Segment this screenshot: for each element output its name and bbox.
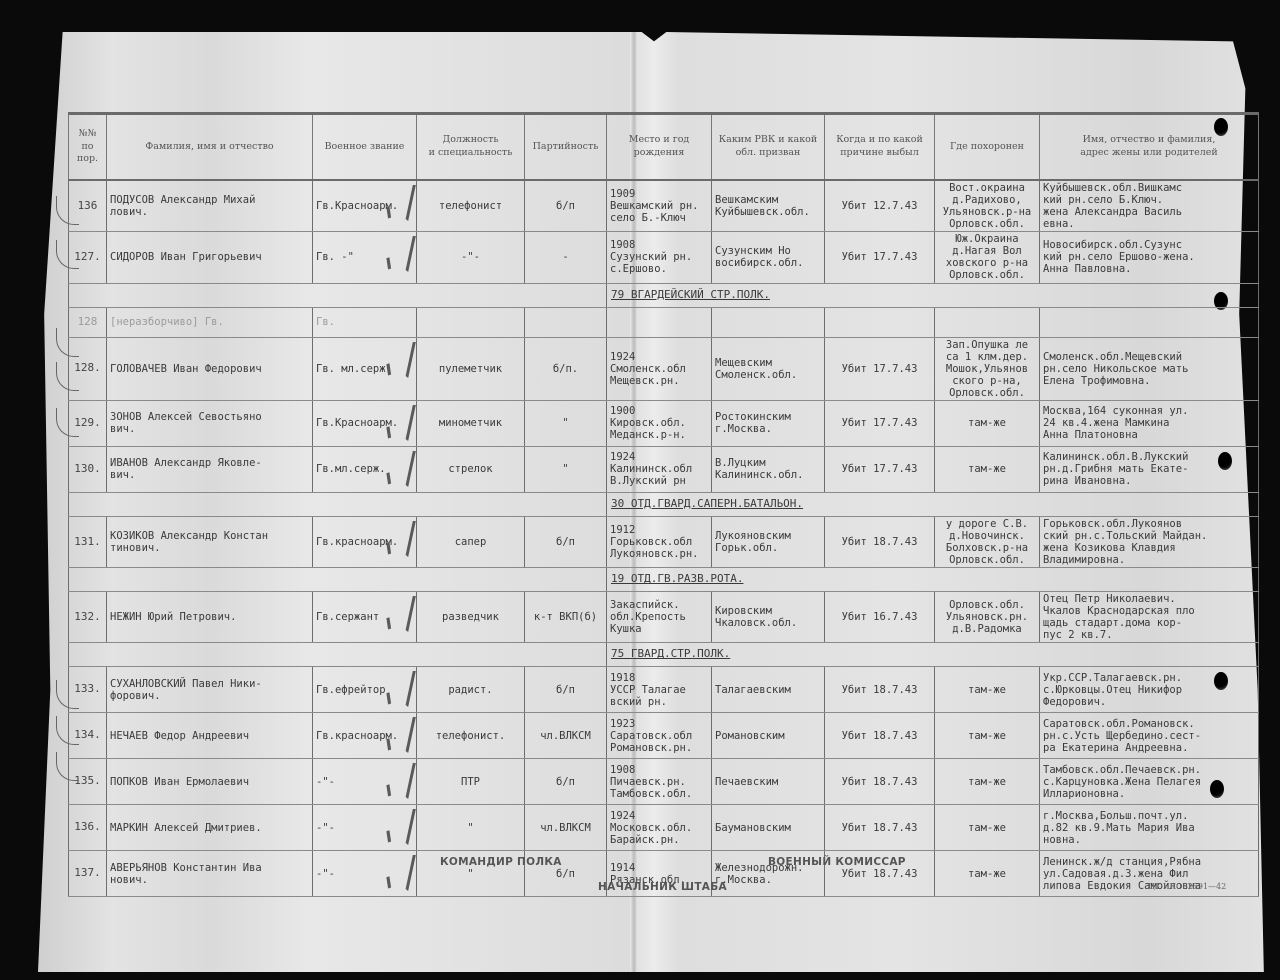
pencil-checkmark-icon: [387, 596, 416, 632]
cell-party: чл.ВЛКСМ: [525, 805, 607, 851]
column-header-party: Партийность: [525, 114, 607, 181]
cell-relatives: Горьковск.обл.Лукоянов ский рн.с.Тольски…: [1040, 516, 1259, 567]
cell-name: ПОПКОВ Иван Ермолаевич: [107, 759, 313, 805]
pencil-checkmark-icon: [387, 521, 416, 557]
cell-rank: Гв.Красноарм.: [313, 400, 417, 446]
cell-rvk: Лукояновским Горьк.обл.: [712, 516, 825, 567]
cell-rank: -"-: [313, 851, 417, 897]
cell-position: пулеметчик: [417, 337, 525, 400]
cell-num: 136.: [69, 805, 107, 851]
cell-party: б/п: [525, 667, 607, 713]
cell-rank: Гв.ефрейтор: [313, 667, 417, 713]
cell-num: 130.: [69, 446, 107, 492]
cell-when: Убит 17.7.43: [825, 337, 935, 400]
cell-birth: 1912 Горьковск.обл Лукояновск.рн.: [607, 516, 712, 567]
cell-name: СИДОРОВ Иван Григорьевич: [107, 232, 313, 283]
table-row: 131.КОЗИКОВ Александр Констан тинович.Гв…: [69, 516, 1259, 567]
cell-birth: 1909 Вешкамский рн. село Б.-Ключ: [607, 180, 712, 232]
form-code: ЦТ НКО. 2591—42: [1148, 882, 1226, 891]
cell-name: ПОДУСОВ Александр Михай лович.: [107, 180, 313, 232]
cell-position: стрелок: [417, 446, 525, 492]
cell-name: НЕЧАЕВ Федор Андреевич: [107, 713, 313, 759]
unit-section-row: 30 ОТД.ГВАРД.САПЕРН.БАТАЛЬОН.: [69, 492, 1259, 516]
cell-rvk: Баумановским: [712, 805, 825, 851]
table-row: 128.ГОЛОВАЧЕВ Иван ФедоровичГв. мл.серж.…: [69, 337, 1259, 400]
cell-rank: Гв.: [313, 307, 417, 337]
section-spacer: [69, 283, 607, 307]
cell-buried: там-же: [935, 851, 1040, 897]
cell-when: Убит 18.7.43: [825, 805, 935, 851]
cell-rank: Гв.мл.серж.: [313, 446, 417, 492]
cell-name: АВЕРЬЯНОВ Константин Ива нович.: [107, 851, 313, 897]
cell-rvk: Талагаевским: [712, 667, 825, 713]
cell-birth: Закаспийск. обл.Крепость Кушка: [607, 592, 712, 643]
cell-rvk: [712, 307, 825, 337]
table-row: 132.НЕЖИН Юрий Петрович.Гв.сержантразвед…: [69, 592, 1259, 643]
pencil-checkmark-icon: [387, 717, 416, 753]
table-row: 130.ИВАНОВ Александр Яковле- вич.Гв.мл.с…: [69, 446, 1259, 492]
cell-name: МАРКИН Алексей Дмитриев.: [107, 805, 313, 851]
pencil-checkmark-icon: [387, 451, 416, 487]
cell-when: [825, 307, 935, 337]
unit-section-row: 79 ВГАРДЕЙСКИЙ СТР.ПОЛК.: [69, 283, 1259, 307]
cell-buried: там-же: [935, 400, 1040, 446]
cell-position: минометчик: [417, 400, 525, 446]
cell-position: ": [417, 805, 525, 851]
cell-birth: 1924 Калининск.обл В.Лукский рн: [607, 446, 712, 492]
cell-buried: там-же: [935, 446, 1040, 492]
cell-buried: у дороге С.В. д.Новочинск. Болховск.р-на…: [935, 516, 1040, 567]
unit-heading: 75 ГВАРД.СТР.ПОЛК.: [607, 643, 1259, 667]
cell-birth: 1918 УССР Талагае вский рн.: [607, 667, 712, 713]
cell-position: сапер: [417, 516, 525, 567]
signature-chief-of-staff-label: НАЧАЛЬНИК ШТАБА: [598, 881, 727, 893]
cell-buried: [935, 307, 1040, 337]
unit-heading: 79 ВГАРДЕЙСКИЙ СТР.ПОЛК.: [607, 283, 1259, 307]
section-spacer: [69, 492, 607, 516]
table-row: 136ПОДУСОВ Александр Михай лович.Гв.Крас…: [69, 180, 1259, 232]
cell-when: Убит 12.7.43: [825, 180, 935, 232]
cell-position: ПТР: [417, 759, 525, 805]
pencil-checkmark-icon: [387, 809, 416, 845]
cell-name: ГОЛОВАЧЕВ Иван Федорович: [107, 337, 313, 400]
cell-relatives: Смоленск.обл.Мещевский рн.село Никольско…: [1040, 337, 1259, 400]
cell-when: Убит 18.7.43: [825, 516, 935, 567]
pencil-checkmark-icon: [387, 855, 416, 891]
cell-relatives: Новосибирск.обл.Сузунс кий рн.село Ершов…: [1040, 232, 1259, 283]
table-row: 135.ПОПКОВ Иван Ермолаевич-"-ПТРб/п1908 …: [69, 759, 1259, 805]
cell-relatives: Отец Петр Николаевич. Чкалов Краснодарск…: [1040, 592, 1259, 643]
cell-name: ИВАНОВ Александр Яковле- вич.: [107, 446, 313, 492]
table-row: 129.ЗОНОВ Алексей Севостьяно вич.Гв.Крас…: [69, 400, 1259, 446]
pencil-checkmark-icon: [387, 185, 416, 221]
cell-birth: 1900 Кировск.обл. Меданск.р-н.: [607, 400, 712, 446]
cell-when: Убит 17.7.43: [825, 232, 935, 283]
cell-position: телефонист.: [417, 713, 525, 759]
cell-party: ": [525, 446, 607, 492]
cell-rvk: Печаевским: [712, 759, 825, 805]
cell-buried: Вост.окраина д.Радихово, Ульяновск.р-на …: [935, 180, 1040, 232]
pencil-checkmark-icon: [387, 763, 416, 799]
cell-birth: 1908 Сузунский рн. с.Ершово.: [607, 232, 712, 283]
column-header-rvk: Каким РВК и какой обл. призван: [712, 114, 825, 181]
cell-birth: 1908 Пичаевск.рн. Тамбовск.обл.: [607, 759, 712, 805]
cell-relatives: [1040, 307, 1259, 337]
pencil-checkmark-icon: [387, 671, 416, 707]
table-row: 127.СИДОРОВ Иван ГригорьевичГв. -"-"--19…: [69, 232, 1259, 283]
cell-relatives: г.Москва,Больш.почт.ул. д.82 кв.9.Мать М…: [1040, 805, 1259, 851]
cell-position: [417, 307, 525, 337]
cell-birth: [607, 307, 712, 337]
cell-name: [неразборчиво] Гв.: [107, 307, 313, 337]
cell-buried: Юж.Окраина д.Нагая Вол ховского р-на Орл…: [935, 232, 1040, 283]
cell-buried: там-же: [935, 713, 1040, 759]
cell-party: чл.ВЛКСМ: [525, 713, 607, 759]
cell-position: радист.: [417, 667, 525, 713]
cell-num: 131.: [69, 516, 107, 567]
cell-rvk: Вешкамским Куйбышевск.обл.: [712, 180, 825, 232]
pencil-checkmark-icon: [387, 405, 416, 441]
cell-rvk: Мещевским Смоленск.обл.: [712, 337, 825, 400]
column-header-name: Фамилия, имя и отчество: [107, 114, 313, 181]
column-header-num: №№ по пор.: [69, 114, 107, 181]
cell-relatives: Укр.ССР.Талагаевск.рн. с.Юрковцы.Отец Ни…: [1040, 667, 1259, 713]
cell-rank: Гв. -": [313, 232, 417, 283]
column-header-birth: Место и год рождения: [607, 114, 712, 181]
section-spacer: [69, 568, 607, 592]
section-spacer: [69, 643, 607, 667]
cell-party: -: [525, 232, 607, 283]
cell-buried: Зап.Опушка ле са 1 клм.дер. Мошок,Ульяно…: [935, 337, 1040, 400]
cell-relatives: Куйбышевск.обл.Вишкамс кий рн.село Б.Клю…: [1040, 180, 1259, 232]
cell-birth: 1923 Саратовск.обл Романовск.рн.: [607, 713, 712, 759]
cell-name: ЗОНОВ Алексей Севостьяно вич.: [107, 400, 313, 446]
cell-relatives: Тамбовск.обл.Печаевск.рн. с.Карцуновка.Ж…: [1040, 759, 1259, 805]
cell-party: [525, 307, 607, 337]
table-header-row: №№ по пор.Фамилия, имя и отчествоВоенное…: [69, 114, 1259, 181]
cell-rvk: Сузунским Но восибирск.обл.: [712, 232, 825, 283]
cell-rvk: В.Луцким Калининск.обл.: [712, 446, 825, 492]
cell-party: б/п.: [525, 337, 607, 400]
cell-when: Убит 18.7.43: [825, 759, 935, 805]
cell-when: Убит 16.7.43: [825, 592, 935, 643]
cell-when: Убит 17.7.43: [825, 400, 935, 446]
table-row: 128[неразборчиво] Гв.Гв.: [69, 307, 1259, 337]
cell-rank: -"-: [313, 805, 417, 851]
cell-rvk: Кировским Чкаловск.обл.: [712, 592, 825, 643]
cell-num: 132.: [69, 592, 107, 643]
cell-name: СУХАНЛОВСКИЙ Павел Ники- форович.: [107, 667, 313, 713]
cell-party: б/п: [525, 759, 607, 805]
cell-relatives: Калининск.обл.В.Лукский рн.д.Грибня мать…: [1040, 446, 1259, 492]
cell-num: 137.: [69, 851, 107, 897]
cell-name: НЕЖИН Юрий Петрович.: [107, 592, 313, 643]
cell-buried: там-же: [935, 759, 1040, 805]
column-header-relatives: Имя, отчество и фамилия, адрес жены или …: [1040, 114, 1259, 181]
cell-position: -"-: [417, 232, 525, 283]
cell-when: Убит 18.7.43: [825, 713, 935, 759]
cell-rank: Гв.сержант: [313, 592, 417, 643]
unit-heading: 19 ОТД.ГВ.РАЗВ.РОТА.: [607, 568, 1259, 592]
cell-party: к-т ВКП(б): [525, 592, 607, 643]
cell-rank: -"-: [313, 759, 417, 805]
cell-party: ": [525, 400, 607, 446]
cell-party: б/п: [525, 516, 607, 567]
cell-relatives: Саратовск.обл.Романовск. рн.с.Усть Щербе…: [1040, 713, 1259, 759]
cell-rank: Гв.красноарм.: [313, 713, 417, 759]
cell-relatives: Москва,164 суконная ул. 24 кв.4.жена Мам…: [1040, 400, 1259, 446]
cell-buried: там-же: [935, 805, 1040, 851]
cell-position: телефонист: [417, 180, 525, 232]
unit-heading: 30 ОТД.ГВАРД.САПЕРН.БАТАЛЬОН.: [607, 492, 1259, 516]
column-header-position: Должность и специальность: [417, 114, 525, 181]
signature-commander-label: КОМАНДИР ПОЛКА: [440, 856, 562, 868]
casualty-list-table: №№ по пор.Фамилия, имя и отчествоВоенное…: [68, 112, 1258, 897]
table-row: 136.МАРКИН Алексей Дмитриев.-"-"чл.ВЛКСМ…: [69, 805, 1259, 851]
cell-buried: там-же: [935, 667, 1040, 713]
cell-when: Убит 18.7.43: [825, 667, 935, 713]
cell-rank: Гв.Красноарм.: [313, 180, 417, 232]
table-row: 133.СУХАНЛОВСКИЙ Павел Ники- форович.Гв.…: [69, 667, 1259, 713]
cell-position: разведчик: [417, 592, 525, 643]
cell-name: КОЗИКОВ Александр Констан тинович.: [107, 516, 313, 567]
pencil-checkmark-icon: [387, 236, 416, 272]
cell-rank: Гв.красноарм.: [313, 516, 417, 567]
cell-rank: Гв. мл.серж.: [313, 337, 417, 400]
cell-rvk: Романовским: [712, 713, 825, 759]
signature-commissar-label: ВОЕННЫЙ КОМИССАР: [768, 856, 906, 868]
column-header-buried: Где похоронен: [935, 114, 1040, 181]
cell-buried: Орловск.обл. Ульяновск.рн. д.В.Радомка: [935, 592, 1040, 643]
unit-section-row: 75 ГВАРД.СТР.ПОЛК.: [69, 643, 1259, 667]
cell-party: б/п: [525, 180, 607, 232]
cell-birth: 1924 Московск.обл. Барайск.рн.: [607, 805, 712, 851]
cell-birth: 1924 Смоленск.обл Мещевск.рн.: [607, 337, 712, 400]
pencil-checkmark-icon: [387, 342, 416, 378]
cell-rvk: Ростокинским г.Москва.: [712, 400, 825, 446]
cell-when: Убит 17.7.43: [825, 446, 935, 492]
column-header-when: Когда и по какой причине выбыл: [825, 114, 935, 181]
unit-section-row: 19 ОТД.ГВ.РАЗВ.РОТА.: [69, 568, 1259, 592]
table-row: 134.НЕЧАЕВ Федор АндреевичГв.красноарм.т…: [69, 713, 1259, 759]
column-header-rank: Военное звание: [313, 114, 417, 181]
